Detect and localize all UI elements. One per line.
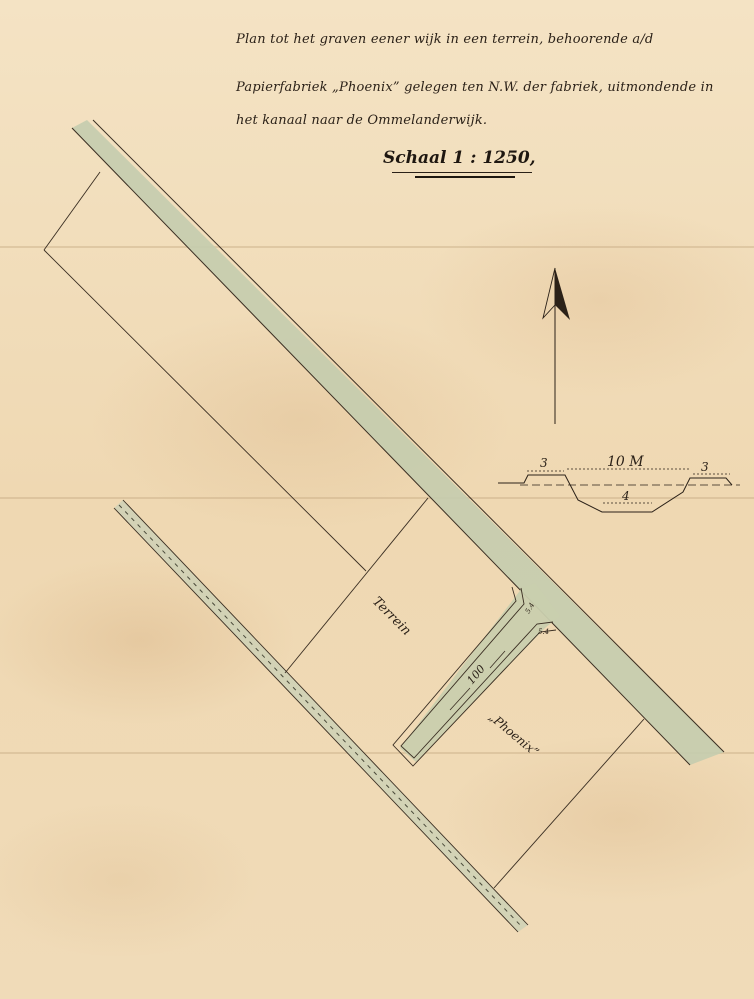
cross-section-diagram: 3 10 M 3 4	[498, 454, 740, 512]
side-waterway	[114, 500, 528, 932]
site-plan-drawing: Terrein „Phoenix” 100 5.4 5.4 3 10 M 3 4	[0, 0, 754, 999]
top-width: 10 M	[607, 454, 644, 470]
terrein-label: Terrein	[369, 594, 414, 639]
north-arrow-icon	[543, 268, 570, 424]
right-berm-width: 3	[701, 460, 709, 474]
phoenix-label: „Phoenix”	[486, 710, 542, 760]
mouth-width-label-b: 5.4	[538, 628, 549, 636]
canal-ommelanderwijk	[72, 120, 724, 765]
left-berm-width: 3	[540, 456, 548, 470]
parcel-boundaries	[44, 172, 644, 888]
bottom-width: 4	[621, 489, 630, 503]
